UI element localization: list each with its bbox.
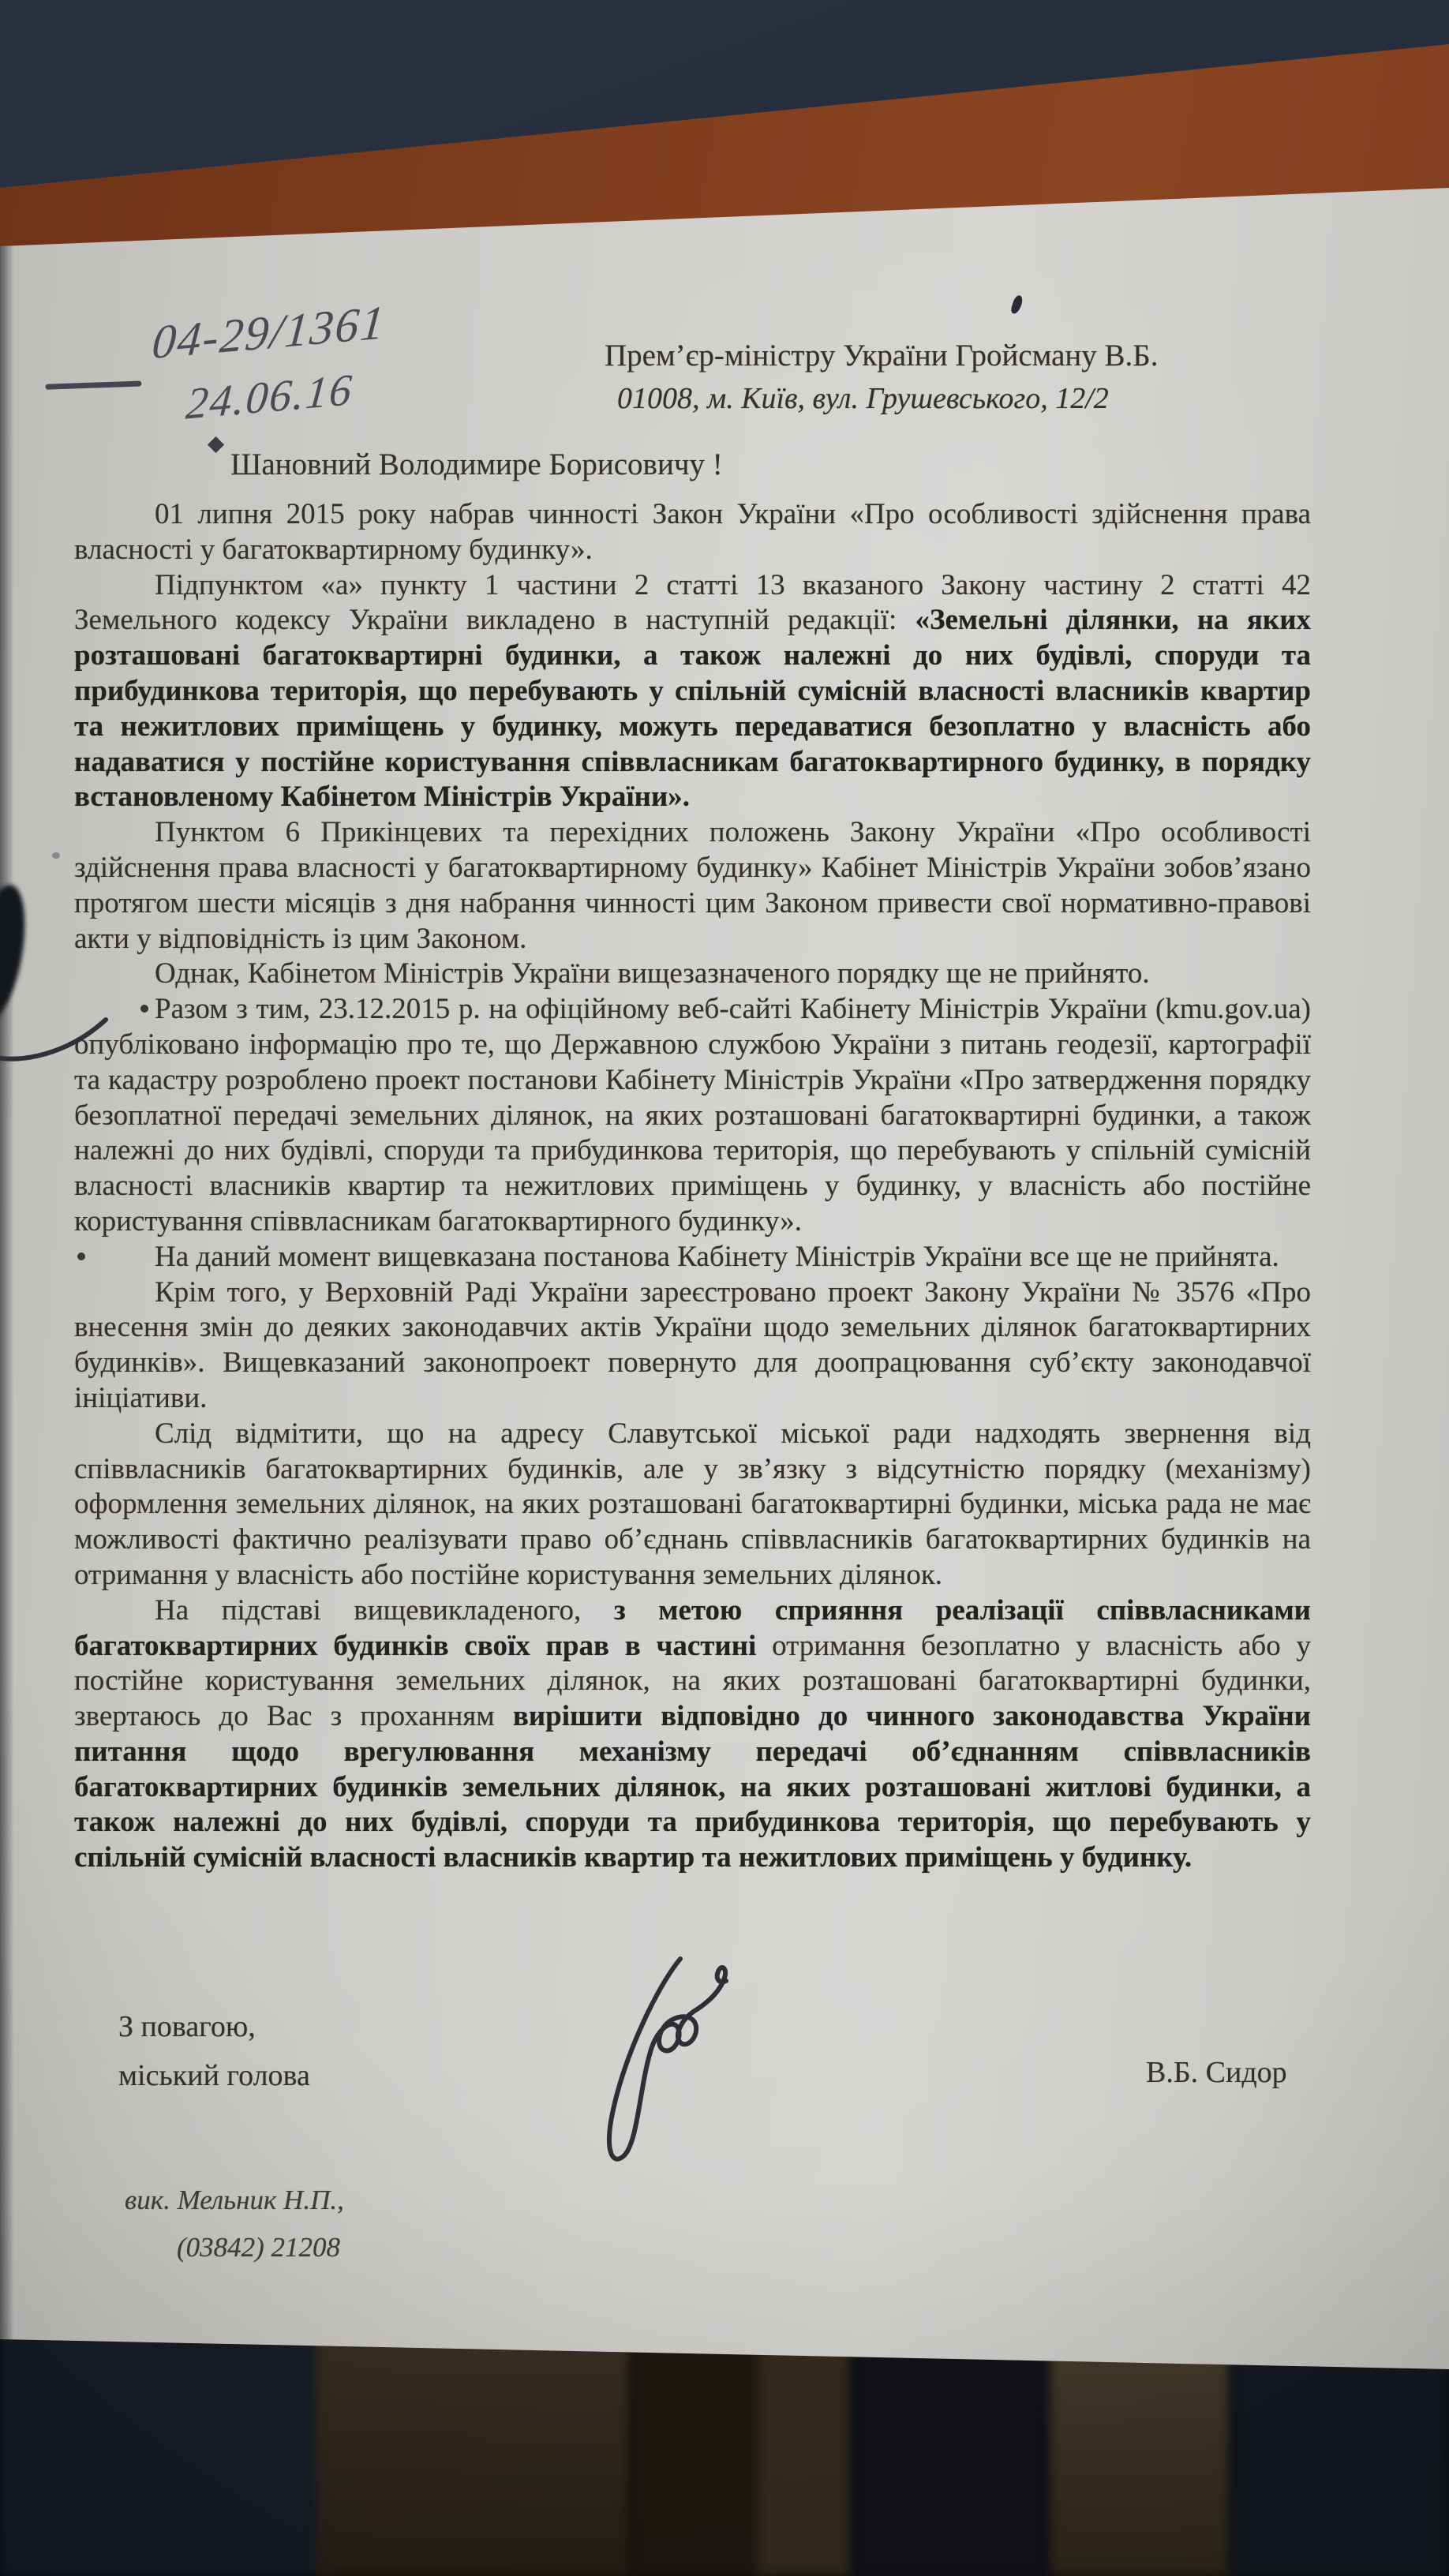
- paragraph: Пунктом 6 Прикінцевих та перехідних поло…: [74, 815, 1311, 957]
- paragraph: На підставі вищевикладеного, з метою спр…: [74, 1593, 1311, 1876]
- paragraph: Підпунктом «а» пункту 1 частини 2 статті…: [74, 568, 1311, 816]
- paragraph: На даний момент вищевказана постанова Ка…: [74, 1240, 1311, 1275]
- margin-dot: [77, 1252, 85, 1260]
- paragraph: Крім того, у Верховній Раді України заре…: [74, 1275, 1311, 1417]
- bottom-shade: [316, 2320, 631, 2576]
- salutation: Шановний Володимире Борисовичу !: [230, 447, 723, 482]
- ink-speck: [52, 852, 60, 859]
- recipient-block: Прем’єр-міністру України Гройсману В.Б. …: [605, 335, 1260, 420]
- handwritten-registration-note: 04-29/1361 24.06.16: [35, 281, 489, 485]
- paper-edge-notch: [0, 881, 34, 1024]
- letter-body: 01 липня 2015 року набрав чинності Закон…: [74, 497, 1311, 1876]
- bottom-shade: [631, 2320, 766, 2576]
- pen-swoosh-mark: [0, 979, 122, 1073]
- margin-dot: [140, 1005, 148, 1013]
- executor-name: вик. Мельник Н.П.,: [125, 2185, 344, 2216]
- paragraph: Однак, Кабінетом Міністрів України вищез…: [74, 957, 1311, 992]
- bottom-shade: [758, 2320, 852, 2576]
- closing-signer-name: В.Б. Сидор: [1146, 2055, 1287, 2090]
- signature-mark: [530, 1926, 767, 2194]
- handwritten-date: 24.06.16: [184, 365, 355, 430]
- recipient-name: Прем’єр-міністру України Гройсману В.Б.: [605, 335, 1260, 377]
- document-photo: 04-29/1361 24.06.16 Прем’єр-міністру Укр…: [0, 0, 1449, 2576]
- closing-position: міський голова: [118, 2058, 310, 2093]
- recipient-address: 01008, м. Київ, вул. Грушевського, 12/2: [605, 377, 1260, 420]
- closing-regards: З повагою,: [118, 2009, 256, 2044]
- bottom-shade: [0, 2320, 331, 2576]
- paragraph: Разом з тим, 23.12.2015 р. на офіційному…: [74, 992, 1311, 1240]
- paragraph: Слід відмітити, що на адресу Славутської…: [74, 1417, 1311, 1593]
- ink-blot: [1010, 294, 1024, 315]
- paragraph: 01 липня 2015 року набрав чинності Закон…: [74, 497, 1311, 568]
- handwritten-dash: [45, 380, 141, 389]
- handwritten-ref-number: 04-29/1361: [150, 295, 388, 371]
- paper-edge-shadow: [0, 237, 14, 2371]
- ink-blot: [208, 436, 224, 453]
- paper-sheet: 04-29/1361 24.06.16 Прем’єр-міністру Укр…: [0, 0, 1449, 2576]
- executor-phone: (03842) 21208: [177, 2232, 340, 2263]
